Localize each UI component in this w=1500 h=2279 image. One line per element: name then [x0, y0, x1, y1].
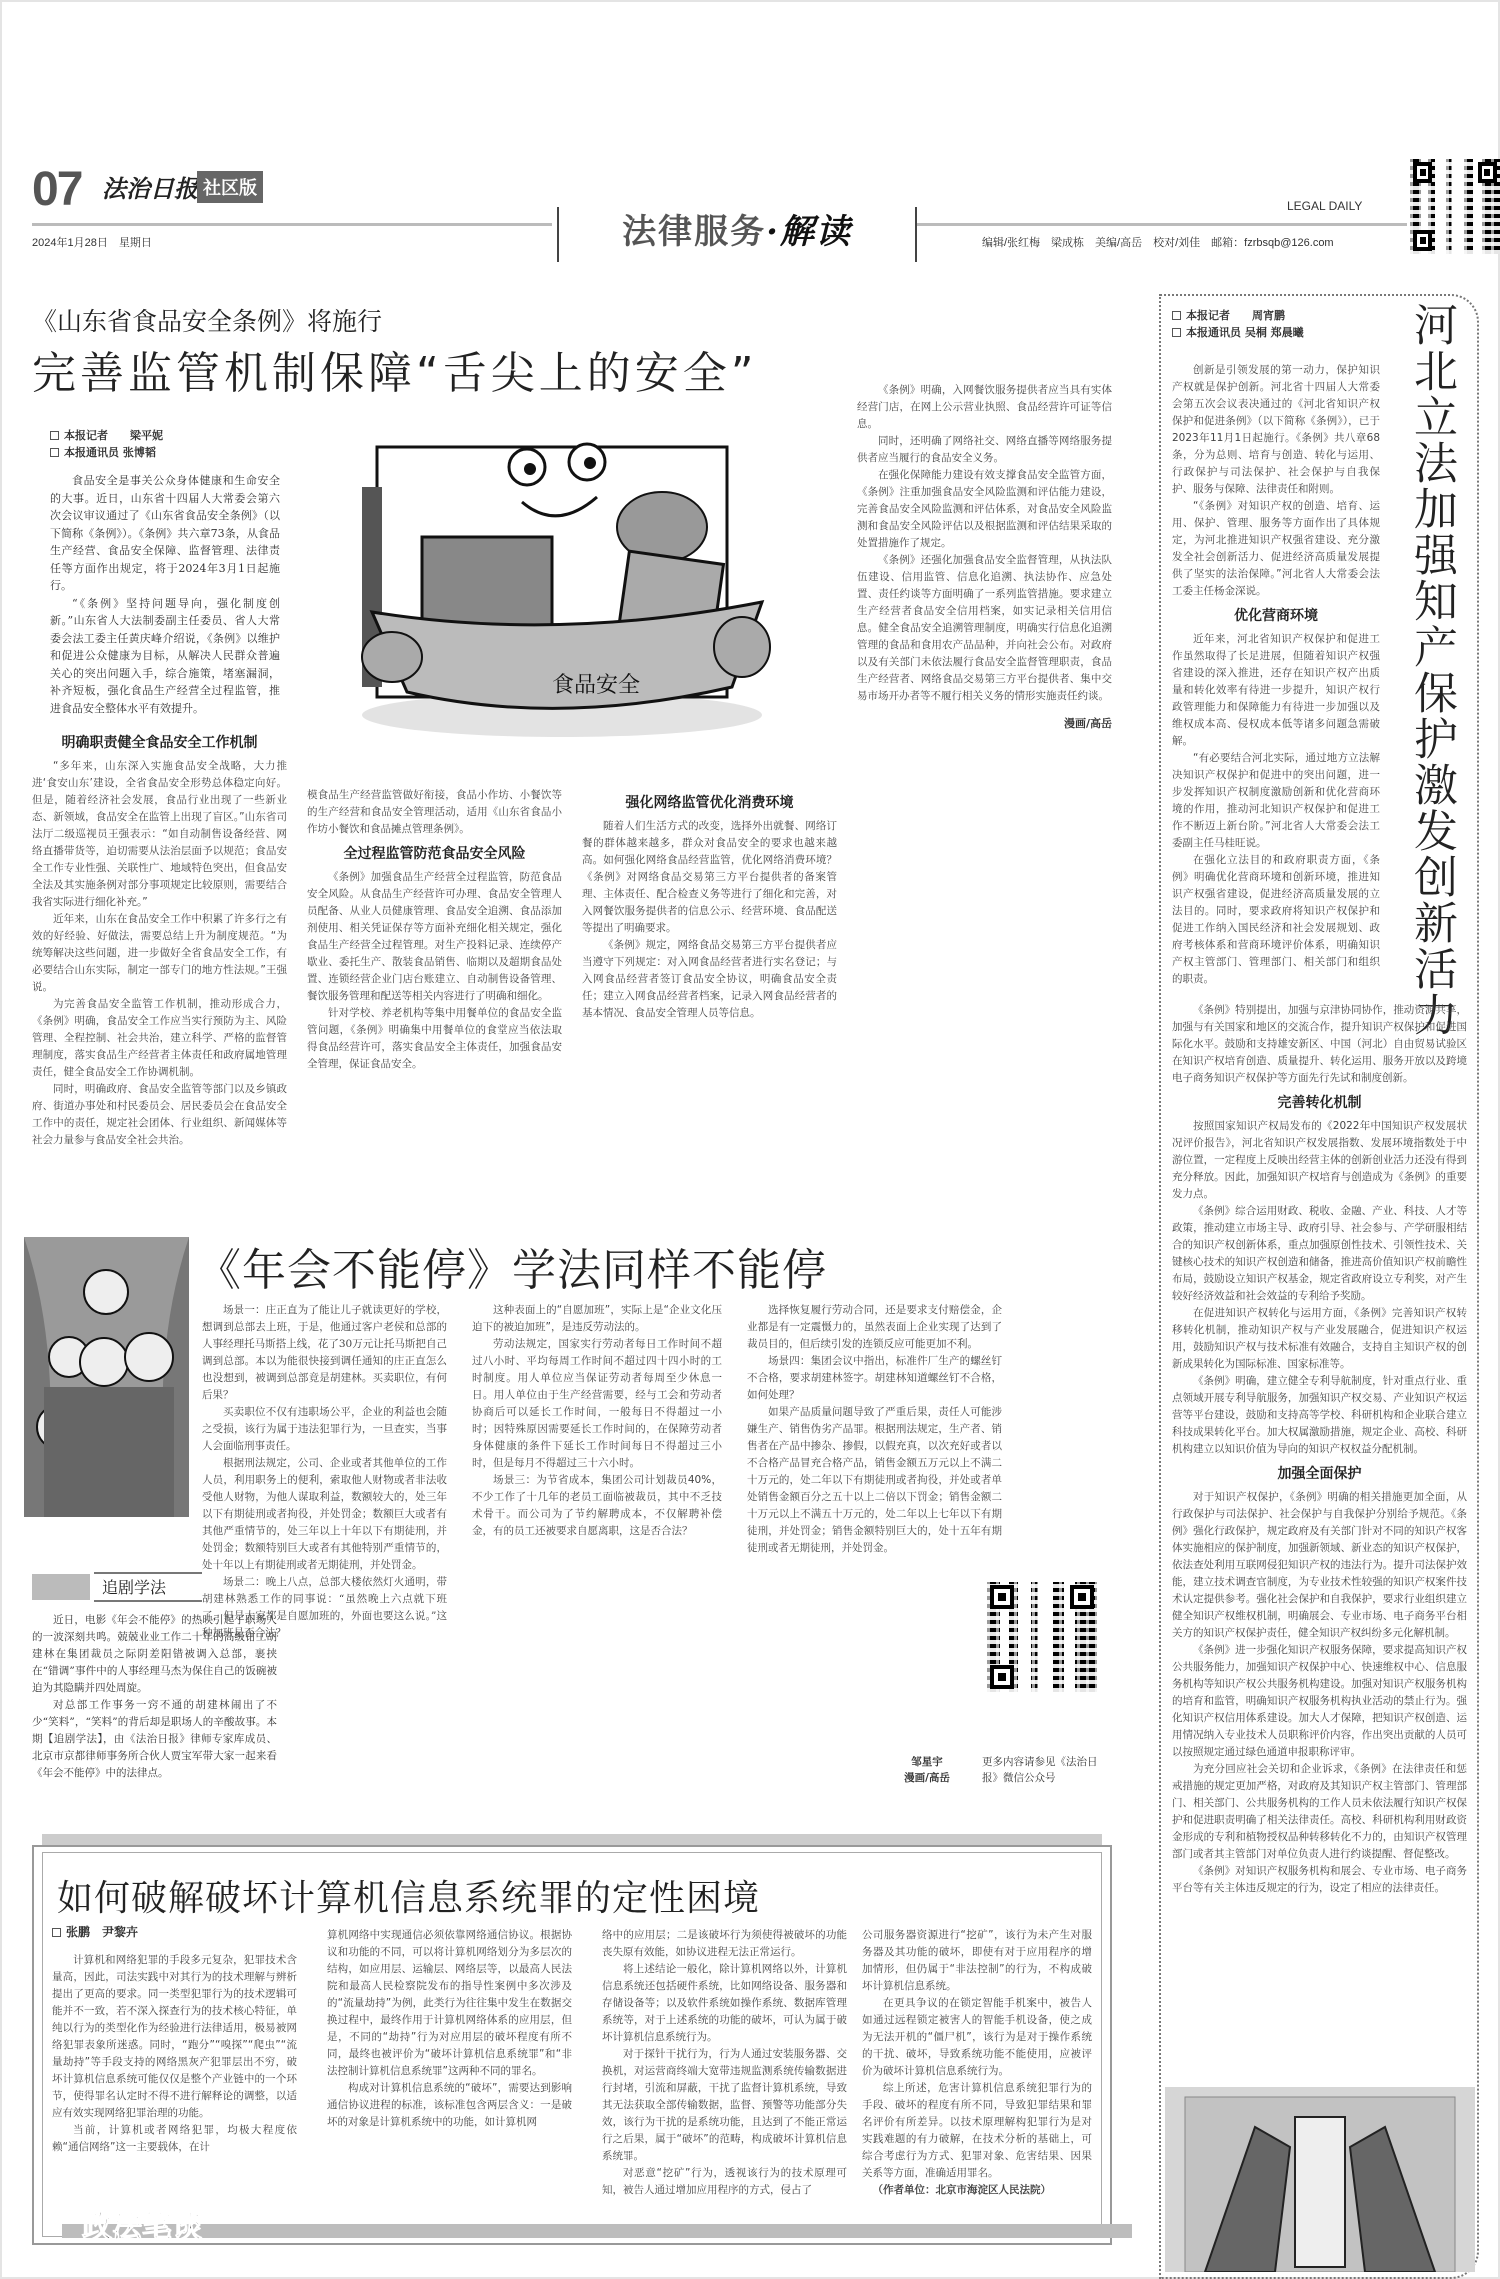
subheading: 明确职责健全食品安全工作机制 [32, 735, 287, 752]
article3-column-3: 选择恢复履行劳动合同，还是要求支付赔偿金，企业都是有一定震慑力的，虽然表面上企业… [747, 1302, 1002, 1557]
section-title: 法律服务·解读 [557, 207, 917, 262]
article2-column-upper: 创新是引领发展的第一动力，保护知识产权就是保护创新。河北省十四届人大常委会第五次… [1172, 362, 1380, 988]
article2-byline: 本报记者 周宵鹏 本报通讯员 吴桐 郑晨曦 [1172, 307, 1304, 341]
qr-caption: 更多内容请参见《法治日报》微信公众号 [982, 1754, 1112, 1786]
article4-column-2: 算机网络中实现通信必须依靠网络通信协议。根据协议和功能的不同，可以将计算机网络划… [327, 1927, 572, 2131]
illustration-credit: 漫画/高岳 [857, 715, 1112, 732]
article1-column-2: 模食品生产经营监管做好衔接，食品小作坊、小餐饮等的生产经营和食品安全管理活动，适… [307, 787, 562, 1073]
article4-column-1: 计算机和网络犯罪的手段多元复杂，犯罪技术含量高，因此，司法实践中对其行为的技术理… [52, 1952, 297, 2156]
annual-party-illustration [24, 1237, 189, 1517]
author-affiliation: （作者单位：北京市海淀区人民法院） [862, 2182, 1092, 2199]
subheading: 加强全面保护 [1172, 1466, 1467, 1483]
food-safety-illustration: 食品安全 [332, 397, 772, 742]
newspaper-page: 07 法治日报 社区版 法律服务·解读 LEGAL DAILY 2024年1月2… [0, 0, 1500, 2279]
subheading: 完善转化机制 [1172, 1095, 1467, 1112]
article3-author: 邹星宇 漫画/高岳 [887, 1754, 967, 1786]
column-tag-politics-law: 政法笔谈 [82, 2202, 202, 2246]
section-suffix: ·解读 [766, 212, 852, 252]
subheading: 优化营商环境 [1172, 608, 1380, 625]
ip-protection-illustration [1165, 2087, 1475, 2272]
english-paper-name: LEGAL DAILY [1287, 199, 1362, 213]
paper-name: 法治日报 [102, 169, 198, 204]
article3-column-2: 这种表面上的“自愿加班”，实际上是“企业文化压迫下的被迫加班”，是违反劳动法的。… [472, 1302, 722, 1540]
article4-column-3: 络中的应用层；二是该破坏行为须使得被破坏的功能丧失原有效能，如协议进程无法正常运… [602, 1927, 847, 2199]
masthead-rule-right [917, 223, 1407, 226]
wechat-qr-code-icon[interactable] [987, 1582, 1097, 1692]
issue-date: 2024年1月28日 星期日 [32, 234, 152, 250]
subheading: 全过程监管防范食品安全风险 [307, 846, 562, 863]
article1-column-3: 强化网络监管优化消费环境 随着人们生活方式的改变，选择外出就餐、网络订餐的群体越… [582, 787, 837, 1022]
column-tag-drama-law: 追剧学法 [32, 1572, 202, 1602]
article4-column-4: 公司服务器资源进行“挖矿”，该行为未产生对服务器及其功能的破坏，即使有对于应用程… [862, 1927, 1092, 2199]
article4-base [62, 2224, 1132, 2238]
article4-byline: 张鹏 尹黎卉 [52, 1924, 138, 1941]
section-name: 法律服务 [622, 212, 766, 252]
article1-column-1: 明确职责健全食品安全工作机制 “多年来，山东深入实施食品安全战略，大力推进‘食安… [32, 727, 287, 1149]
qr-code-icon [1410, 159, 1500, 254]
article2-column-lower: 《条例》特别提出，加强与京津协同协作，推动资源共享，加强与有关国家和地区的交流合… [1172, 1002, 1467, 1897]
subheading: 强化网络监管优化消费环境 [582, 795, 837, 812]
masthead-rule-left [32, 223, 552, 226]
article4-headline: 如何破解破坏计算机信息系统罪的定性困境 [57, 1870, 760, 1921]
article3-headline: 《年会不能停》学法同样不能停 [197, 1234, 827, 1298]
article3-column-1: 场景一：庄正直为了能让儿子就读更好的学校，想调到总部去上班，于是，他通过客户老侯… [202, 1302, 447, 1642]
edition-badge: 社区版 [197, 171, 263, 203]
article1-kicker: 《山东省食品安全条例》将施行 [32, 302, 382, 338]
bowl-label: 食品安全 [552, 673, 640, 698]
page-number: 07 [32, 162, 81, 217]
masthead: 07 法治日报 社区版 法律服务·解读 LEGAL DAILY 2024年1月2… [32, 157, 1477, 242]
editors-credits: 编辑/张红梅 梁成栋 美编/高岳 校对/刘佳 邮箱：fzrbsqb@126.co… [982, 234, 1334, 250]
article1-column-4: 《条例》明确，入网餐饮服务提供者应当具有实体经营门店，在网上公示营业执照、食品经… [857, 382, 1112, 732]
article2-headline: 河北立法加强知产保护激发创新活力 [1397, 302, 1457, 1038]
article1-lead: 食品安全是事关公众身体健康和生命安全的大事。近日，山东省十四届人大常委会第六次会… [50, 472, 280, 717]
article1-headline: 完善监管机制保障“舌尖上的安全” [32, 337, 758, 401]
people-icon [32, 1574, 90, 1600]
article1-byline: 本报记者 梁平妮 本报通讯员 张博韬 [50, 427, 163, 461]
